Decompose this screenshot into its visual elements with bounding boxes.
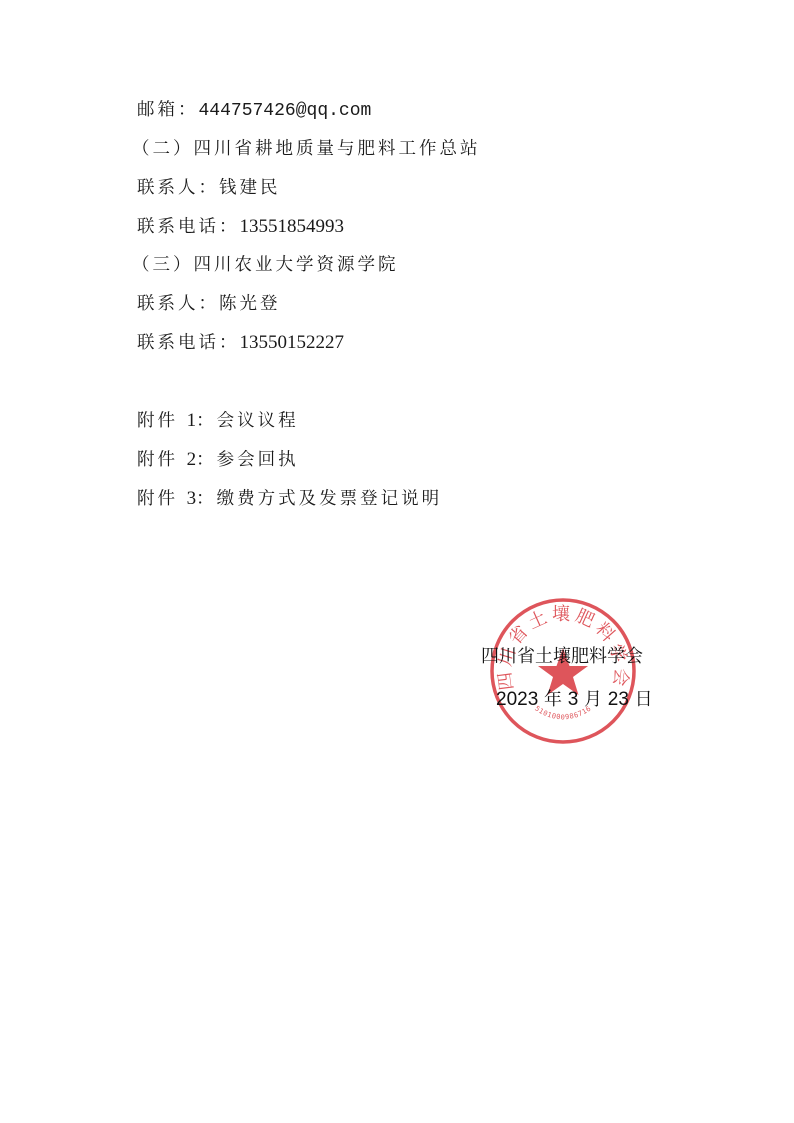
- email-label: 邮箱：: [137, 100, 199, 120]
- section-heading-text: （三）四川农业大学资源学院: [132, 255, 399, 275]
- contact-phone-label: 联系电话：: [137, 333, 240, 353]
- section-heading-2: （二）四川省耕地质量与肥料工作总站: [132, 138, 481, 160]
- signature-organization: 四川省土壤肥料学会: [481, 646, 643, 668]
- contact-phone-line: 联系电话：13551854993: [137, 216, 344, 238]
- attachment-item-3: 附件 3：缴费方式及发票登记说明: [137, 488, 442, 510]
- attachment-item-1: 附件 1：会议议程: [137, 410, 299, 432]
- contact-person-value: 陈光登: [219, 294, 281, 314]
- attachment-number: 1: [187, 410, 197, 431]
- date-day: 23: [608, 689, 629, 710]
- section-heading-3: （三）四川农业大学资源学院: [132, 254, 399, 276]
- email-value: 444757426@qq.com: [199, 101, 372, 121]
- attachment-item-2: 附件 2：参会回执: [137, 449, 299, 471]
- contact-person-label: 联系人：: [137, 178, 219, 198]
- attachment-number: 2: [187, 449, 197, 470]
- section-heading-text: （二）四川省耕地质量与肥料工作总站: [132, 139, 481, 159]
- attachment-label: 附件: [137, 411, 187, 431]
- date-year-suffix: 年: [538, 689, 567, 710]
- contact-phone-line: 联系电话：13550152227: [137, 332, 344, 354]
- email-line: 邮箱：444757426@qq.com: [137, 99, 371, 122]
- date-month: 3: [568, 689, 579, 710]
- contact-person-value: 钱建民: [219, 178, 281, 198]
- attachment-label: 附件: [137, 489, 187, 509]
- attachment-number: 3: [187, 488, 197, 509]
- attachment-separator: ：: [196, 489, 217, 509]
- attachment-title: 参会回执: [217, 450, 299, 470]
- date-day-suffix: 日: [629, 689, 653, 710]
- contact-person-label: 联系人：: [137, 294, 219, 314]
- contact-phone-value: 13550152227: [240, 332, 345, 353]
- date-year: 2023: [496, 689, 538, 710]
- contact-person-line: 联系人：钱建民: [137, 177, 281, 199]
- contact-phone-label: 联系电话：: [137, 217, 240, 237]
- organization-name: 四川省土壤肥料学会: [481, 646, 643, 667]
- document-page: 邮箱：444757426@qq.com （二）四川省耕地质量与肥料工作总站 联系…: [0, 0, 794, 1123]
- attachment-title: 缴费方式及发票登记说明: [217, 489, 443, 509]
- attachment-separator: ：: [196, 450, 217, 470]
- official-seal-icon: 四川省土壤肥料学会 5101000986716: [488, 596, 638, 746]
- attachment-title: 会议议程: [217, 411, 299, 431]
- date-month-suffix: 月: [578, 689, 607, 710]
- contact-phone-value: 13551854993: [240, 216, 345, 237]
- attachment-separator: ：: [196, 411, 217, 431]
- contact-person-line: 联系人：陈光登: [137, 293, 281, 315]
- attachment-label: 附件: [137, 450, 187, 470]
- signature-date: 2023 年 3 月 23 日: [496, 689, 653, 711]
